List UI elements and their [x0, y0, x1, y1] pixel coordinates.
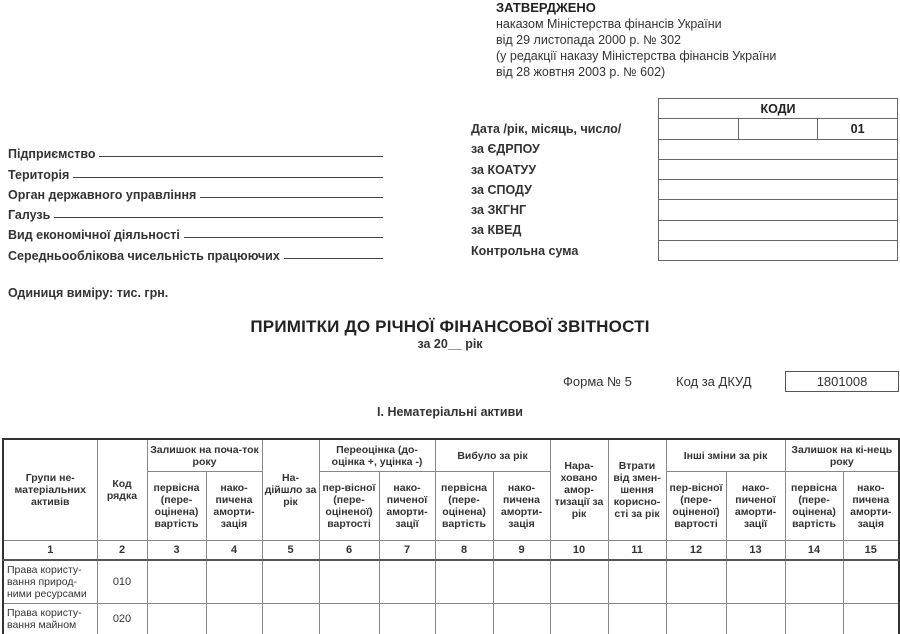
checksum-cell[interactable] — [659, 241, 898, 261]
column-number: 5 — [262, 541, 319, 561]
koatuu-cell[interactable] — [659, 159, 898, 179]
page-title: ПРИМІТКИ ДО РІЧНОЇ ФІНАНСОВОЇ ЗВІТНОСТІ — [0, 317, 900, 337]
subheader-start-initial: первісна (пере-оцінена) вартість — [147, 472, 206, 541]
header-other-changes: Інші зміни за рік — [666, 439, 785, 472]
value-cell[interactable] — [493, 560, 550, 604]
government-body-input[interactable] — [200, 183, 383, 198]
value-cell[interactable] — [493, 604, 550, 634]
value-cell[interactable] — [206, 560, 262, 604]
field-label: Підприємство — [8, 147, 99, 161]
value-cell[interactable] — [726, 560, 785, 604]
column-number: 10 — [550, 541, 608, 561]
dkud-label: Код за ДКУД — [676, 374, 752, 389]
value-cell[interactable] — [147, 560, 206, 604]
header-end-balance: Залишок на кі-нець року — [785, 439, 899, 472]
field-label: Середньооблікова чисельність працюючих — [8, 249, 284, 263]
column-number: 3 — [147, 541, 206, 561]
header-amortization: Нара-ховано амор-тизації за рік — [550, 439, 608, 541]
subheader-reval-initial: пер-вісної (пере-оціненої) вартості — [319, 472, 379, 541]
header-revaluation: Переоцінка (до-оцінка +, уцінка -) — [319, 439, 435, 472]
intangible-assets-table: Групи не-матеріальних активів Код рядка … — [2, 438, 900, 634]
code-label-date: Дата /рік, місяць, число/ — [471, 119, 621, 139]
value-cell[interactable] — [843, 560, 899, 604]
column-number: 13 — [726, 541, 785, 561]
row-name: Права користу-вання майном — [3, 604, 97, 634]
field-enterprise: Підприємство — [8, 141, 383, 161]
column-number: 8 — [435, 541, 493, 561]
codes-header: КОДИ — [659, 99, 898, 119]
approval-title: ЗАТВЕРДЖЕНО — [496, 0, 776, 16]
row-code: 010 — [97, 560, 147, 604]
spodu-cell[interactable] — [659, 180, 898, 200]
header-start-balance: Залишок на поча-ток року — [147, 439, 262, 472]
field-industry: Галузь — [8, 202, 383, 222]
value-cell[interactable] — [785, 604, 843, 634]
field-employee-count: Середньооблікова чисельність працюючих — [8, 242, 383, 262]
dkud-code: 1801008 — [785, 371, 899, 392]
header-impairment-losses: Втрати від змен-шення корисно-сті за рік — [608, 439, 666, 541]
value-cell[interactable] — [666, 604, 726, 634]
field-activity-type: Вид економічної діяльності — [8, 222, 383, 242]
codes-table: КОДИ 01 — [658, 98, 898, 261]
code-label-kved: за КВЕД — [471, 220, 621, 240]
value-cell[interactable] — [319, 604, 379, 634]
approval-block: ЗАТВЕРДЖЕНО наказом Міністерства фінансі… — [496, 0, 776, 80]
column-number: 11 — [608, 541, 666, 561]
table-row: Права користу-вання майном020 — [3, 604, 899, 634]
column-number: 4 — [206, 541, 262, 561]
column-number: 14 — [785, 541, 843, 561]
zkgng-cell[interactable] — [659, 200, 898, 220]
field-label: Орган державного управління — [8, 188, 200, 202]
table-row: Права користу-вання природ-ними ресурсам… — [3, 560, 899, 604]
value-cell[interactable] — [319, 560, 379, 604]
territory-input[interactable] — [73, 163, 383, 178]
approval-line: від 28 жовтня 2003 р. № 602) — [496, 64, 776, 80]
value-cell[interactable] — [608, 604, 666, 634]
header-row-code: Код рядка — [97, 439, 147, 541]
header-asset-group: Групи не-матеріальних активів — [3, 439, 97, 541]
value-cell[interactable] — [147, 604, 206, 634]
value-cell[interactable] — [435, 560, 493, 604]
code-labels: Дата /рік, місяць, число/ за ЄДРПОУ за К… — [471, 119, 621, 261]
value-cell[interactable] — [666, 560, 726, 604]
column-number: 15 — [843, 541, 899, 561]
value-cell[interactable] — [726, 604, 785, 634]
column-number: 7 — [379, 541, 435, 561]
value-cell[interactable] — [206, 604, 262, 634]
code-label-edrpou: за ЄДРПОУ — [471, 139, 621, 159]
code-label-zkgng: за ЗКГНГ — [471, 200, 621, 220]
employee-count-input[interactable] — [284, 244, 383, 259]
column-number: 1 — [3, 541, 97, 561]
field-label: Галузь — [8, 208, 54, 222]
date-year-cell[interactable] — [659, 119, 739, 139]
kved-cell[interactable] — [659, 220, 898, 240]
header-received: На-дійшло за рік — [262, 439, 319, 541]
column-numbers-row: 123456789101112131415 — [3, 541, 899, 561]
value-cell[interactable] — [843, 604, 899, 634]
field-government-body: Орган державного управління — [8, 182, 383, 202]
section-title: І. Нематеріальні активи — [0, 405, 900, 419]
value-cell[interactable] — [550, 604, 608, 634]
value-cell[interactable] — [379, 604, 435, 634]
column-number: 12 — [666, 541, 726, 561]
code-label-checksum: Контрольна сума — [471, 241, 621, 261]
form-number: Форма № 5 — [563, 374, 632, 389]
value-cell[interactable] — [608, 560, 666, 604]
row-code: 020 — [97, 604, 147, 634]
subheader-end-accum: нако-пичена аморти-зація — [843, 472, 899, 541]
subheader-end-initial: первісна (пере-оцінена) вартість — [785, 472, 843, 541]
subheader-reval-accum: нако-пиченої аморти-зації — [379, 472, 435, 541]
column-number: 2 — [97, 541, 147, 561]
code-label-koatuu: за КОАТУУ — [471, 160, 621, 180]
subheader-start-accum: нако-пичена аморти-зація — [206, 472, 262, 541]
subheader-disp-initial: первісна (пере-оцінена) вартість — [435, 472, 493, 541]
approval-line: наказом Міністерства фінансів України — [496, 16, 776, 32]
subheader-other-initial: пер-вісної (пере-оціненої) вартості — [666, 472, 726, 541]
value-cell[interactable] — [550, 560, 608, 604]
enterprise-fields: Підприємство Територія Орган державного … — [8, 141, 383, 263]
row-name: Права користу-вання природ-ними ресурсам… — [3, 560, 97, 604]
column-number: 6 — [319, 541, 379, 561]
date-day-cell[interactable]: 01 — [818, 119, 898, 139]
enterprise-input[interactable] — [99, 142, 383, 157]
date-month-cell[interactable] — [738, 119, 818, 139]
value-cell[interactable] — [262, 560, 319, 604]
column-number: 9 — [493, 541, 550, 561]
value-cell[interactable] — [262, 604, 319, 634]
activity-type-input[interactable] — [184, 223, 383, 238]
industry-input[interactable] — [54, 203, 383, 218]
field-territory: Територія — [8, 161, 383, 181]
value-cell[interactable] — [785, 560, 843, 604]
page-subtitle: за 20__ рік — [0, 337, 900, 351]
field-label: Вид економічної діяльності — [8, 228, 184, 242]
approval-line: (у редакції наказу Міністерства фінансів… — [496, 48, 776, 64]
value-cell[interactable] — [435, 604, 493, 634]
value-cell[interactable] — [379, 560, 435, 604]
unit-of-measure: Одиниця виміру: тис. грн. — [8, 286, 168, 300]
approval-line: від 29 листопада 2000 р. № 302 — [496, 32, 776, 48]
header-disposed: Вибуло за рік — [435, 439, 550, 472]
subheader-disp-accum: нако-пичена аморти-зація — [493, 472, 550, 541]
subheader-other-accum: нако-пиченої аморти-зації — [726, 472, 785, 541]
edrpou-cell[interactable] — [659, 139, 898, 159]
code-label-spodu: за СПОДУ — [471, 180, 621, 200]
field-label: Територія — [8, 168, 73, 182]
